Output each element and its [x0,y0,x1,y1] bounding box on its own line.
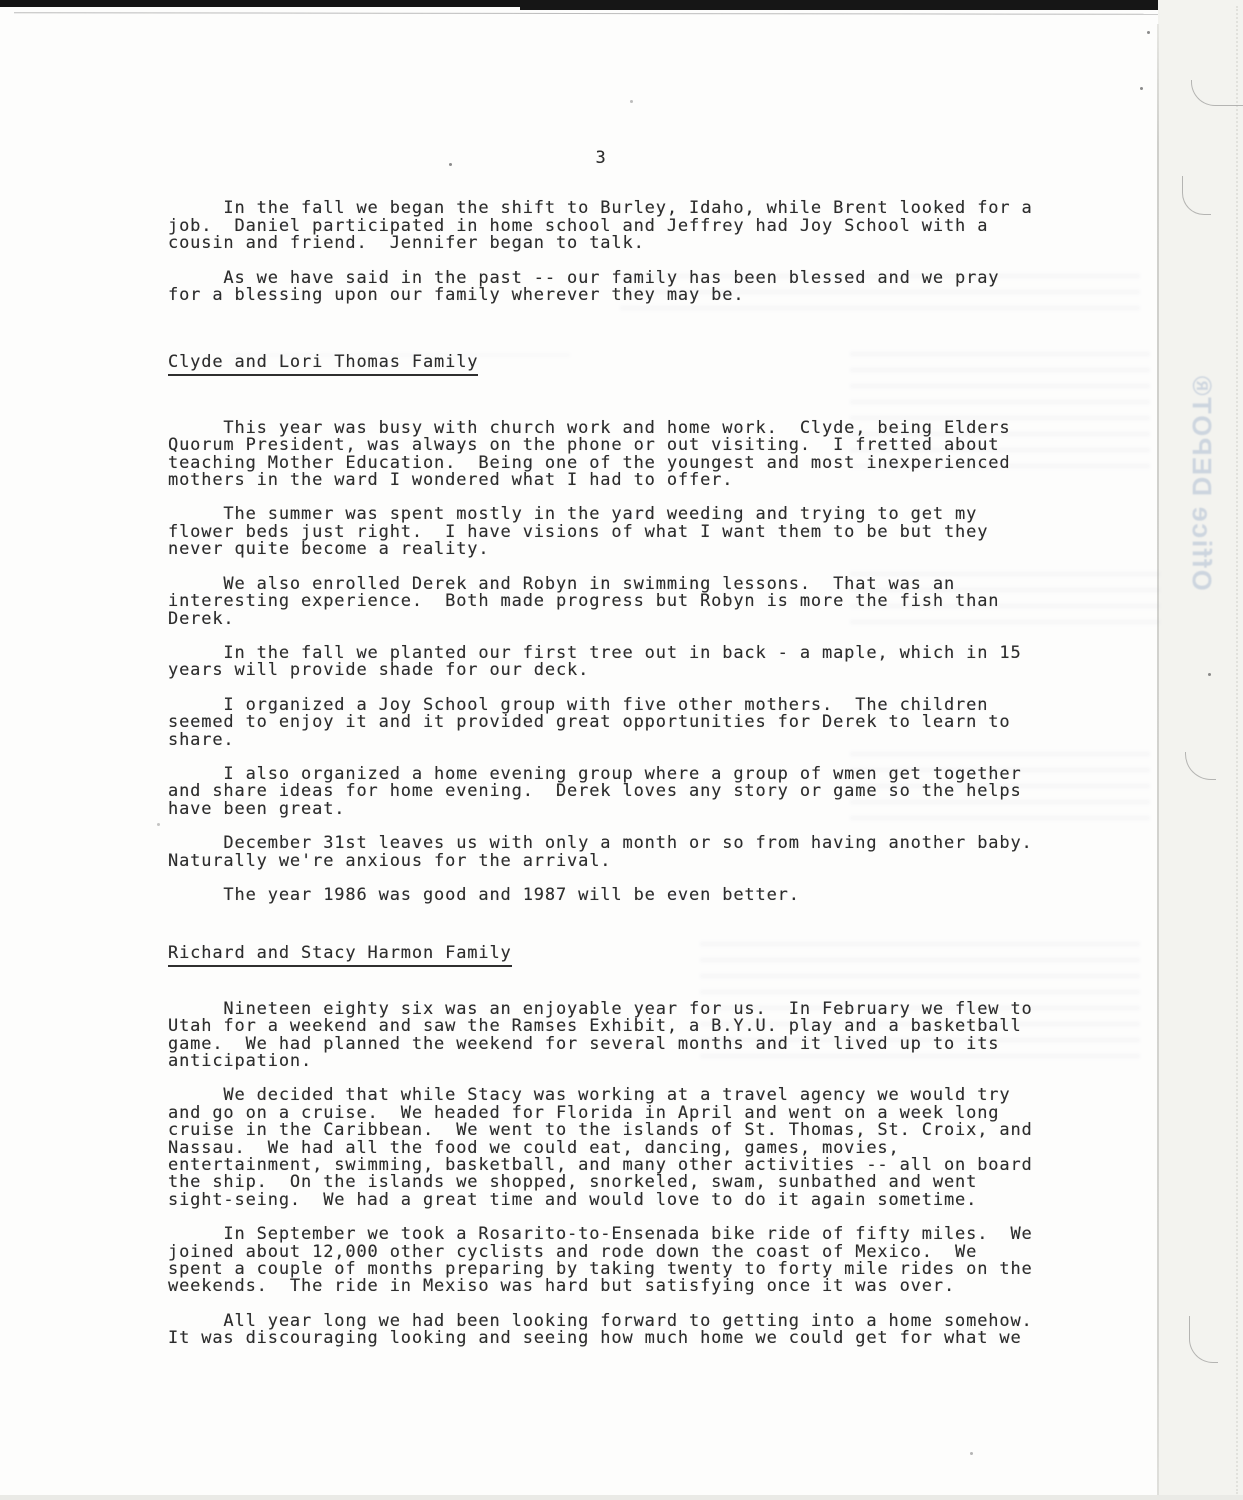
text-line: anticipation. [168,1053,1068,1070]
document-content: 3 In the fall we began the shift to Burl… [168,150,1068,1365]
section-heading-text: Clyde and Lori Thomas Family [168,354,478,375]
paragraph: December 31st leaves us with only a mont… [168,835,1068,870]
text-line: Utah for a weekend and saw the Ramses Ex… [168,1018,1068,1035]
scan-speck [157,823,160,826]
text-line: Derek. [168,611,1068,628]
paragraph: We decided that while Stacy was working … [168,1087,1068,1209]
section-paragraphs: Nineteen eighty six was an enjoyable yea… [168,1001,1068,1348]
paragraph: In September we took a Rosarito-to-Ensen… [168,1226,1068,1296]
page-number: 3 [168,150,1034,167]
paragraph: The summer was spent mostly in the yard … [168,506,1068,558]
section-heading: Richard and Stacy Harmon Family [168,945,1068,966]
text-line: for a blessing upon our family wherever … [168,287,1068,304]
text-line: Naturally we're anxious for the arrival. [168,853,1068,870]
text-line: sight-seing. We had a great time and wou… [168,1192,1068,1209]
text-line: interesting experience. Both made progre… [168,593,1068,610]
paragraph: Nineteen eighty six was an enjoyable yea… [168,1001,1068,1071]
scanner-edge-top-mid [520,0,1180,10]
intro-paragraphs: In the fall we began the shift to Burley… [168,200,1068,304]
paragraph: This year was busy with church work and … [168,420,1068,490]
page-edge-texture [1236,6,1238,1494]
paragraph: I also organized a home evening group wh… [168,766,1068,818]
text-line: weekends. The ride in Mexiso was hard bu… [168,1278,1068,1295]
text-line: have been great. [168,801,1068,818]
scan-speck [630,100,633,103]
paragraph: As we have said in the past -- our famil… [168,270,1068,305]
scan-speck [1140,87,1143,90]
section-heading: Clyde and Lori Thomas Family [168,354,1068,375]
text-line: December 31st leaves us with only a mont… [168,835,1068,852]
text-line: share. [168,732,1068,749]
scanner-edge-bottom [0,1495,1243,1500]
page-right-margin [1158,0,1243,1500]
text-line: cruise in the Caribbean. We went to the … [168,1122,1068,1139]
scanned-page: Office DEPOT® 3 In the fall we began the… [0,0,1243,1500]
section-richard-stacy-harmon: Richard and Stacy Harmon Family Nineteen… [168,945,1068,1347]
text-line: cousin and friend. Jennifer began to tal… [168,235,1068,252]
text-line: mothers in the ward I wondered what I ha… [168,472,1068,489]
page-edge-line [1157,24,1159,1500]
paragraph: In the fall we planted our first tree ou… [168,645,1068,680]
text-line: never quite become a reality. [168,541,1068,558]
section-clyde-lori-thomas: Clyde and Lori Thomas Family This year w… [168,354,1068,904]
section-paragraphs: This year was busy with church work and … [168,420,1068,905]
scan-line-artifact [14,12,1160,15]
scan-speck [970,1452,973,1455]
paragraph: In the fall we began the shift to Burley… [168,200,1068,252]
paragraph: The year 1986 was good and 1987 will be … [168,887,1068,904]
text-line: The year 1986 was good and 1987 will be … [168,887,1068,904]
paragraph: All year long we had been looking forwar… [168,1313,1068,1348]
paragraph: I organized a Joy School group with five… [168,697,1068,749]
text-line: It was discouraging looking and seeing h… [168,1330,1068,1347]
section-heading-text: Richard and Stacy Harmon Family [168,945,512,966]
scan-speck [1147,31,1150,34]
text-line: seemed to enjoy it and it provided great… [168,714,1068,731]
paragraph: We also enrolled Derek and Robyn in swim… [168,576,1068,628]
scan-speck [1208,673,1211,676]
text-line: years will provide shade for our deck. [168,662,1068,679]
